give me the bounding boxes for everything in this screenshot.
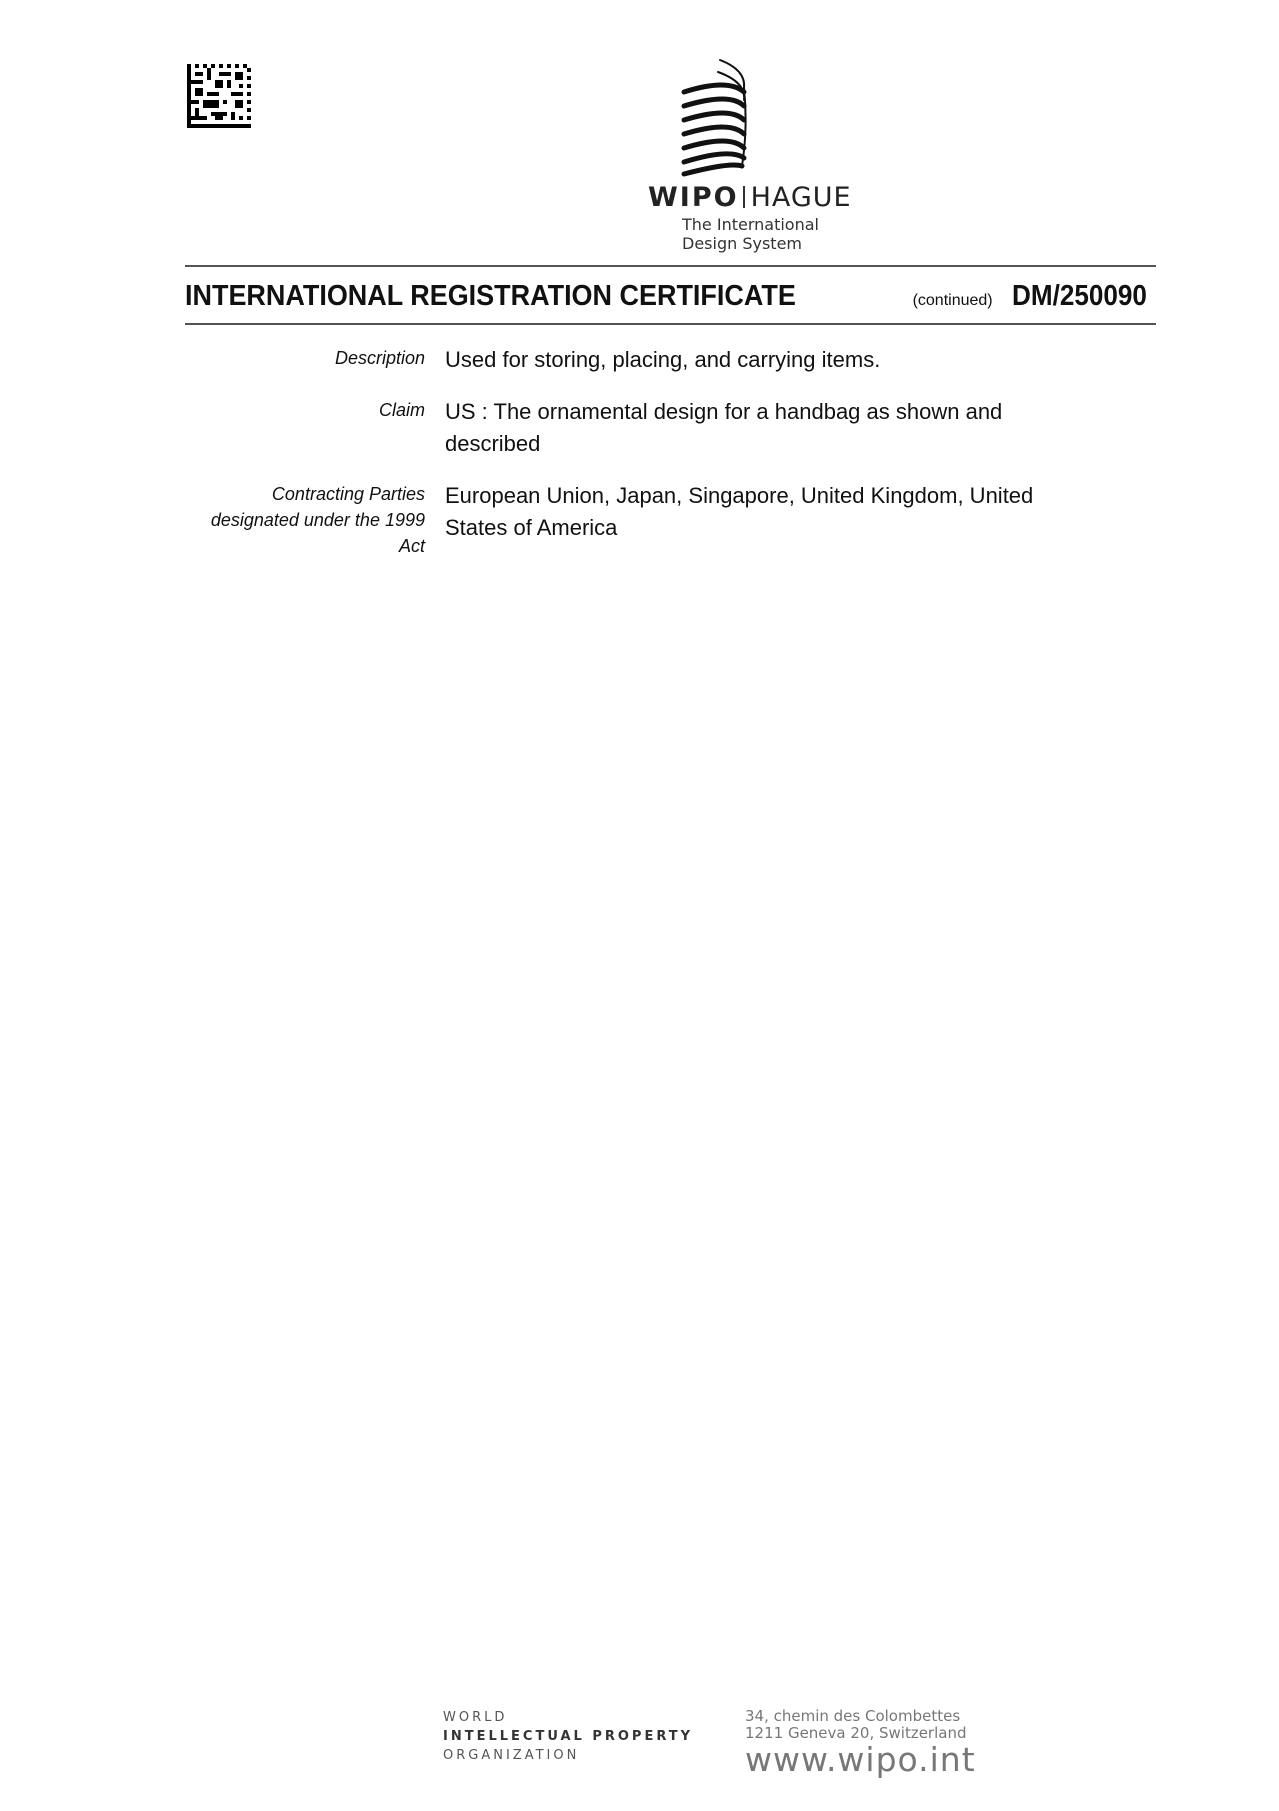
brand-separator [743,186,745,208]
org-line3: ORGANIZATION [443,1746,693,1765]
certificate-title: INTERNATIONAL REGISTRATION CERTIFICATE [185,280,796,313]
field-description: Description Used for storing, placing, a… [185,344,1085,376]
field-claim: Claim US : The ornamental design for a h… [185,396,1085,460]
field-label: Description [185,344,445,376]
footer-address: 34, chemin des Colombettes 1211 Geneva 2… [745,1708,976,1778]
registration-number: DM/250090 [1012,280,1147,313]
header-rule-top [185,265,1156,267]
brand-hague: HAGUE [751,182,852,213]
org-line1: WORLD [443,1708,693,1727]
footer-organization: WORLD INTELLECTUAL PROPERTY ORGANIZATION [443,1708,693,1765]
certificate-fields: Description Used for storing, placing, a… [185,344,1085,579]
field-label: Contracting Parties designated under the… [185,480,445,559]
field-value: Used for storing, placing, and carrying … [445,344,1085,376]
brand-subtitle-line2: Design System [682,234,852,253]
field-value: US : The ornamental design for a handbag… [445,396,1085,460]
field-value: European Union, Japan, Singapore, United… [445,480,1085,559]
continued-label: (continued) [913,292,993,309]
registration-reference: (continued) DM/250090 [913,280,1147,313]
wipo-logo-icon [680,58,750,178]
header-rule-bottom [185,323,1156,325]
address-line1: 34, chemin des Colombettes [745,1708,976,1725]
brand-wipo: WIPO [648,182,739,213]
org-line2: INTELLECTUAL PROPERTY [443,1727,693,1746]
website-link[interactable]: www.wipo.int [745,1742,976,1778]
org-line2-text: INTELLECTUAL PROPERTY [443,1729,693,1744]
brand-subtitle-line1: The International [682,215,852,234]
brand-subtitle: The International Design System [682,215,852,253]
field-label: Claim [185,396,445,460]
datamatrix-code [187,64,251,128]
wipo-hague-brand: WIPOHAGUE The International Design Syste… [648,182,852,253]
field-contracting-parties: Contracting Parties designated under the… [185,480,1085,559]
